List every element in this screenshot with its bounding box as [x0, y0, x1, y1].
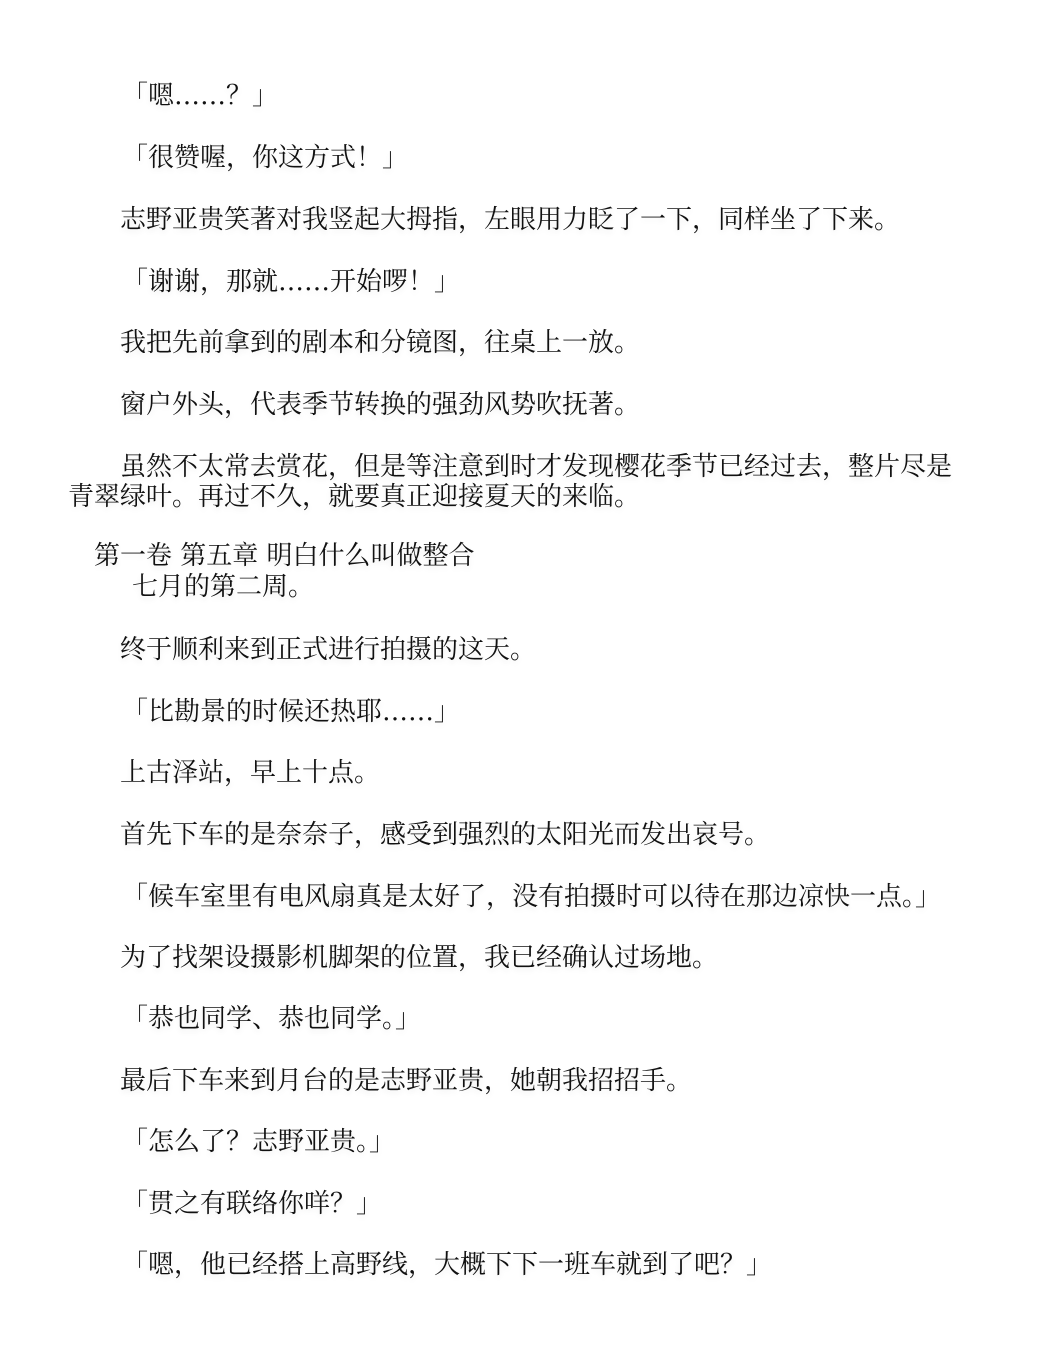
dialogue-line: 「恭也同学、恭也同学。」 [122, 1004, 421, 1034]
dialogue-line: 「很赞喔，你这方式！」 [122, 143, 408, 173]
narration-paragraph: 我把先前拿到的剧本和分镜图，往桌上一放。 [120, 328, 640, 358]
dialogue-line: 「怎么了？志野亚贵。」 [122, 1127, 395, 1157]
narration-paragraph: 窗户外头，代表季节转换的强劲风势吹抚著。 [120, 390, 640, 420]
dialogue-line: 「候车室里有电风扇真是太好了，没有拍摄时可以待在那边凉快一点。」 [122, 882, 941, 912]
narration-paragraph: 志野亚贵笑著对我竖起大拇指，左眼用力眨了一下，同样坐了下来。 [120, 205, 900, 235]
narration-paragraph-continuation: 青翠绿叶。再过不久，就要真正迎接夏天的来临。 [68, 482, 640, 512]
document-page: 「嗯……？」 「很赞喔，你这方式！」 志野亚贵笑著对我竖起大拇指，左眼用力眨了一… [0, 0, 1046, 1354]
narration-paragraph: 为了找架设摄影机脚架的位置，我已经确认过场地。 [120, 943, 718, 973]
chapter-heading: 第一卷 第五章 明白什么叫做整合 [94, 541, 475, 571]
narration-paragraph: 最后下车来到月台的是志野亚贵，她朝我招招手。 [120, 1066, 692, 1096]
dialogue-line: 「嗯……？」 [122, 81, 278, 111]
narration-paragraph: 虽然不太常去赏花，但是等注意到时才发现樱花季节已经过去，整片尽是 [120, 452, 952, 482]
narration-paragraph: 七月的第二周。 [132, 572, 314, 602]
dialogue-line: 「嗯，他已经搭上高野线，大概下下一班车就到了吧？」 [122, 1250, 772, 1280]
narration-paragraph: 首先下车的是奈奈子，感受到强烈的太阳光而发出哀号。 [120, 820, 770, 850]
dialogue-line: 「贯之有联络你咩？」 [122, 1189, 382, 1219]
dialogue-line: 「比勘景的时候还热耶……」 [122, 697, 460, 727]
narration-paragraph: 上古泽站，早上十点。 [120, 758, 380, 788]
narration-paragraph: 终于顺利来到正式进行拍摄的这天。 [120, 635, 536, 665]
dialogue-line: 「谢谢，那就……开始啰！」 [122, 267, 460, 297]
